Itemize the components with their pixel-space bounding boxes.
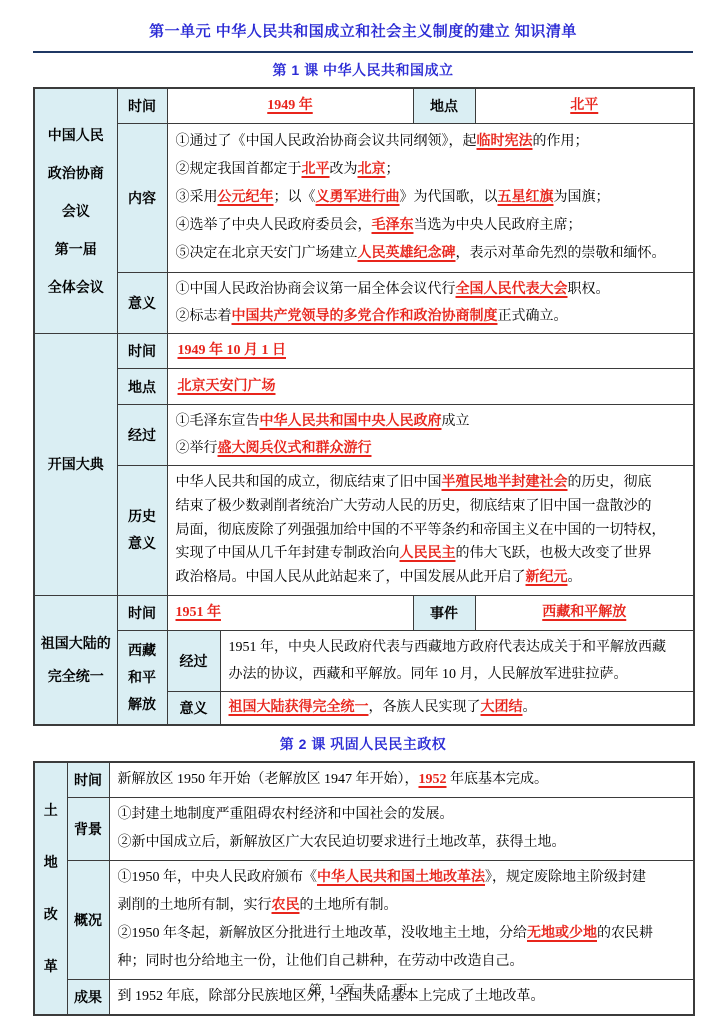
group-cell-cppcc: 中国人民政治协商会议第一届全体会议 xyxy=(34,88,117,334)
table-row: 概况 ①1950 年，中央人民政府颁布《中华人民共和国土地改革法》，规定废除地主… xyxy=(34,860,694,979)
value-time: 1949 年 xyxy=(167,88,413,124)
lesson2-title: 第 2 课 巩固人民民主政权 xyxy=(33,734,693,754)
value-time: 1951 年 xyxy=(167,595,413,630)
table-row: 意义 ①中国人民政治协商会议第一届全体会议代行全国人民代表大会职权。②标志着中国… xyxy=(34,273,694,334)
label-history-meaning: 历史意义 xyxy=(117,466,167,596)
title-divider-rule xyxy=(33,51,693,53)
table-row: 背景 ①封建土地制度严重阻碍农村经济和中国社会的发展。②新中国成立后，新解放区广… xyxy=(34,797,694,860)
unit-title: 第一单元 中华人民共和国成立和社会主义制度的建立 知识清单 xyxy=(33,20,693,41)
label-time: 时间 xyxy=(67,762,109,798)
value-meaning: ①中国人民政治协商会议第一届全体会议代行全国人民代表大会职权。②标志着中国共产党… xyxy=(167,273,694,334)
lesson1-table: 中国人民政治协商会议第一届全体会议 时间 1949 年 地点 北平 内容 ①通过… xyxy=(33,87,695,726)
label-course: 经过 xyxy=(117,405,167,466)
table-row: 地点 北京天安门广场 xyxy=(34,369,694,405)
table-row: 土地改革 时间 新解放区 1950 年开始（老解放区 1947 年开始），195… xyxy=(34,762,694,798)
label-time: 时间 xyxy=(117,334,167,369)
label-time: 时间 xyxy=(117,88,167,124)
page-number-footer: 第 1 页 共 7 页 xyxy=(0,980,719,998)
value-history-meaning: 中华人民共和国的成立，彻底结束了旧中国半殖民地半封建社会的历史，彻底结束了极少数… xyxy=(167,466,694,596)
label-overview: 概况 xyxy=(67,860,109,979)
value-content: ①通过了《中国人民政治协商会议共同纲领》，起临时宪法的作用；②规定我国首都定于北… xyxy=(167,124,694,273)
table-row: 开国大典 时间 1949 年 10 月 1 日 xyxy=(34,334,694,369)
value-time: 新解放区 1950 年开始（老解放区 1947 年开始），1952 年底基本完成… xyxy=(109,762,694,798)
lesson2-table: 土地改革 时间 新解放区 1950 年开始（老解放区 1947 年开始），195… xyxy=(33,761,695,1016)
sublabel-tibet-liberation: 西藏和平解放 xyxy=(117,630,167,725)
label-background: 背景 xyxy=(67,797,109,860)
label-place: 地点 xyxy=(117,369,167,405)
label-course: 经过 xyxy=(167,630,220,691)
value-place: 北京天安门广场 xyxy=(167,369,694,405)
table-row: 经过 ①毛泽东宣告中华人民共和国中央人民政府成立②举行盛大阅兵仪式和群众游行 xyxy=(34,405,694,466)
value-overview: ①1950 年，中央人民政府颁布《中华人民共和国土地改革法》，规定废除地主阶级封… xyxy=(109,860,694,979)
table-row: 西藏和平解放 经过 1951 年，中央人民政府代表与西藏地方政府代表达成关于和平… xyxy=(34,630,694,691)
value-background: ①封建土地制度严重阻碍农村经济和中国社会的发展。②新中国成立后，新解放区广大农民… xyxy=(109,797,694,860)
table-row: 祖国大陆的完全统一 时间 1951 年 事件 西藏和平解放 xyxy=(34,595,694,630)
group-cell-land-reform: 土地改革 xyxy=(34,762,67,1015)
label-time: 时间 xyxy=(117,595,167,630)
group-cell-ceremony: 开国大典 xyxy=(34,334,117,596)
label-event: 事件 xyxy=(413,595,475,630)
label-meaning: 意义 xyxy=(117,273,167,334)
value-event: 西藏和平解放 xyxy=(475,595,694,630)
value-course: ①毛泽东宣告中华人民共和国中央人民政府成立②举行盛大阅兵仪式和群众游行 xyxy=(167,405,694,466)
value-meaning: 祖国大陆获得完全统一，各族人民实现了大团结。 xyxy=(220,691,694,725)
table-row: 中国人民政治协商会议第一届全体会议 时间 1949 年 地点 北平 xyxy=(34,88,694,124)
value-place: 北平 xyxy=(475,88,694,124)
label-place: 地点 xyxy=(413,88,475,124)
label-meaning: 意义 xyxy=(167,691,220,725)
value-time: 1949 年 10 月 1 日 xyxy=(167,334,694,369)
table-row: 内容 ①通过了《中国人民政治协商会议共同纲领》，起临时宪法的作用；②规定我国首都… xyxy=(34,124,694,273)
table-row: 历史意义 中华人民共和国的成立，彻底结束了旧中国半殖民地半封建社会的历史，彻底结… xyxy=(34,466,694,596)
document-page: 第一单元 中华人民共和国成立和社会主义制度的建立 知识清单 第 1 课 中华人民… xyxy=(0,0,719,1024)
lesson1-title: 第 1 课 中华人民共和国成立 xyxy=(33,60,693,80)
group-cell-unification: 祖国大陆的完全统一 xyxy=(34,595,117,725)
label-content: 内容 xyxy=(117,124,167,273)
value-course: 1951 年，中央人民政府代表与西藏地方政府代表达成关于和平解放西藏办法的协议，… xyxy=(220,630,694,691)
